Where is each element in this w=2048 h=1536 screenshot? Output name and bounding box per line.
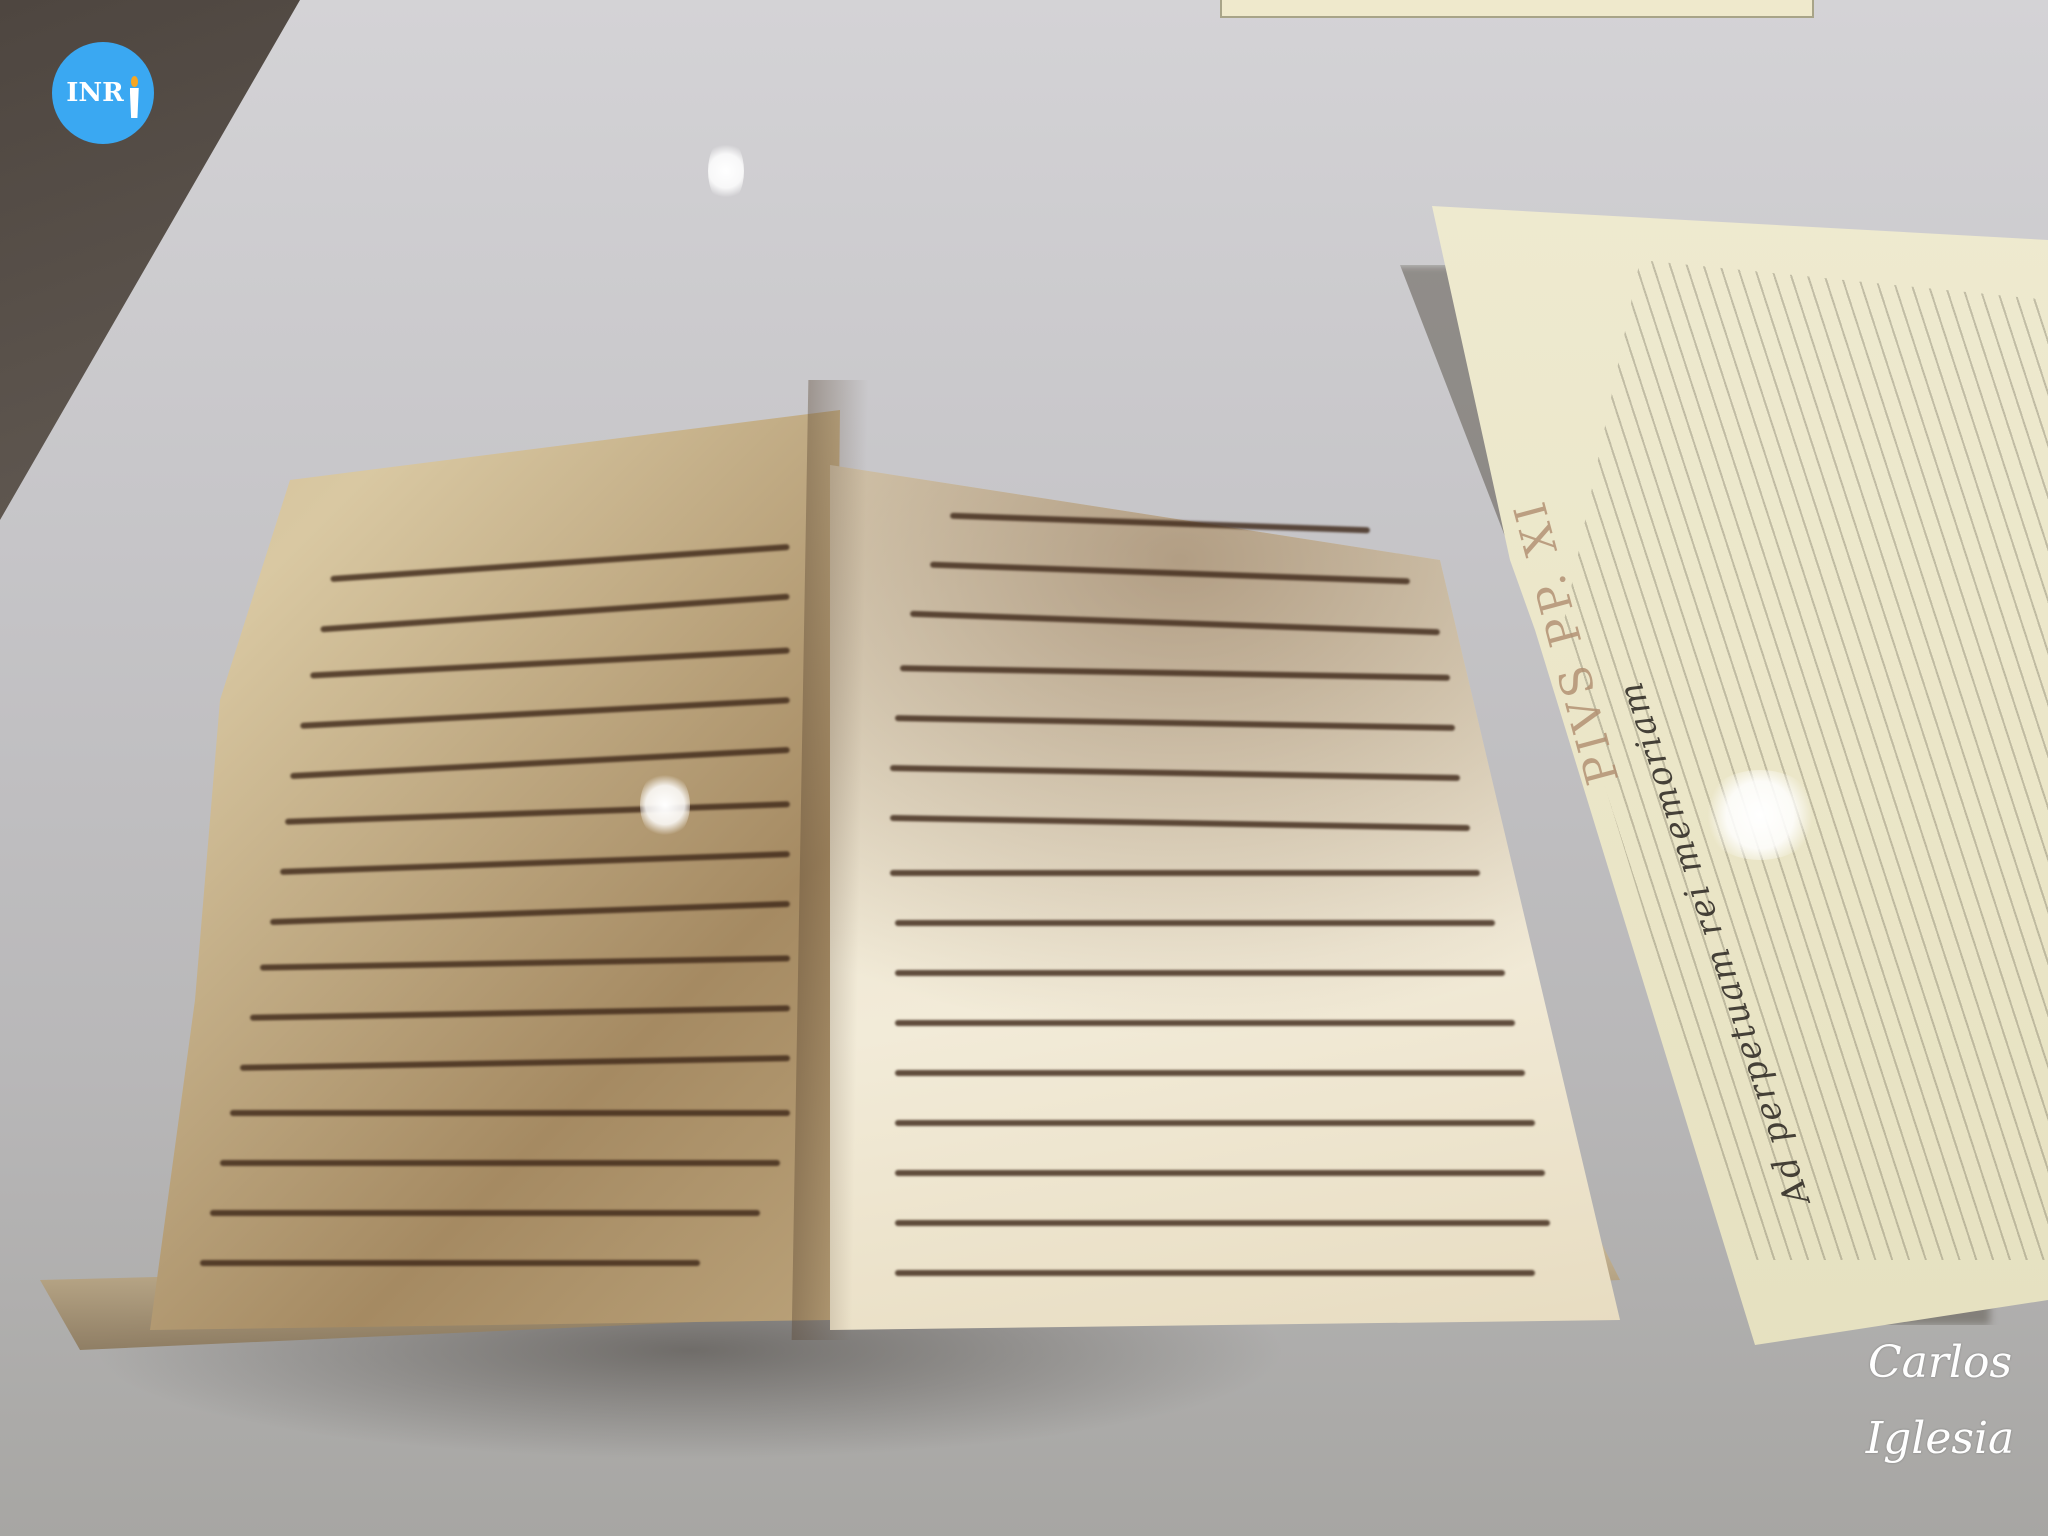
photographer-watermark: Carlos Iglesia (1840, 1325, 2040, 1477)
glass-reflection (708, 138, 744, 204)
candle-icon (128, 76, 140, 116)
museum-display-photo: PIVS PP. XI Ad perpetuam rei memoriam (0, 0, 2048, 1536)
glass-reflection (640, 770, 690, 840)
logo-text: INR (66, 78, 124, 108)
watermark-last-name: Iglesia (1840, 1401, 2040, 1477)
framed-document-edge (1220, 0, 1814, 18)
watermark-first-name: Carlos (1840, 1325, 2040, 1401)
inr-logo: INR (52, 42, 154, 144)
glass-reflection (1700, 770, 1820, 860)
